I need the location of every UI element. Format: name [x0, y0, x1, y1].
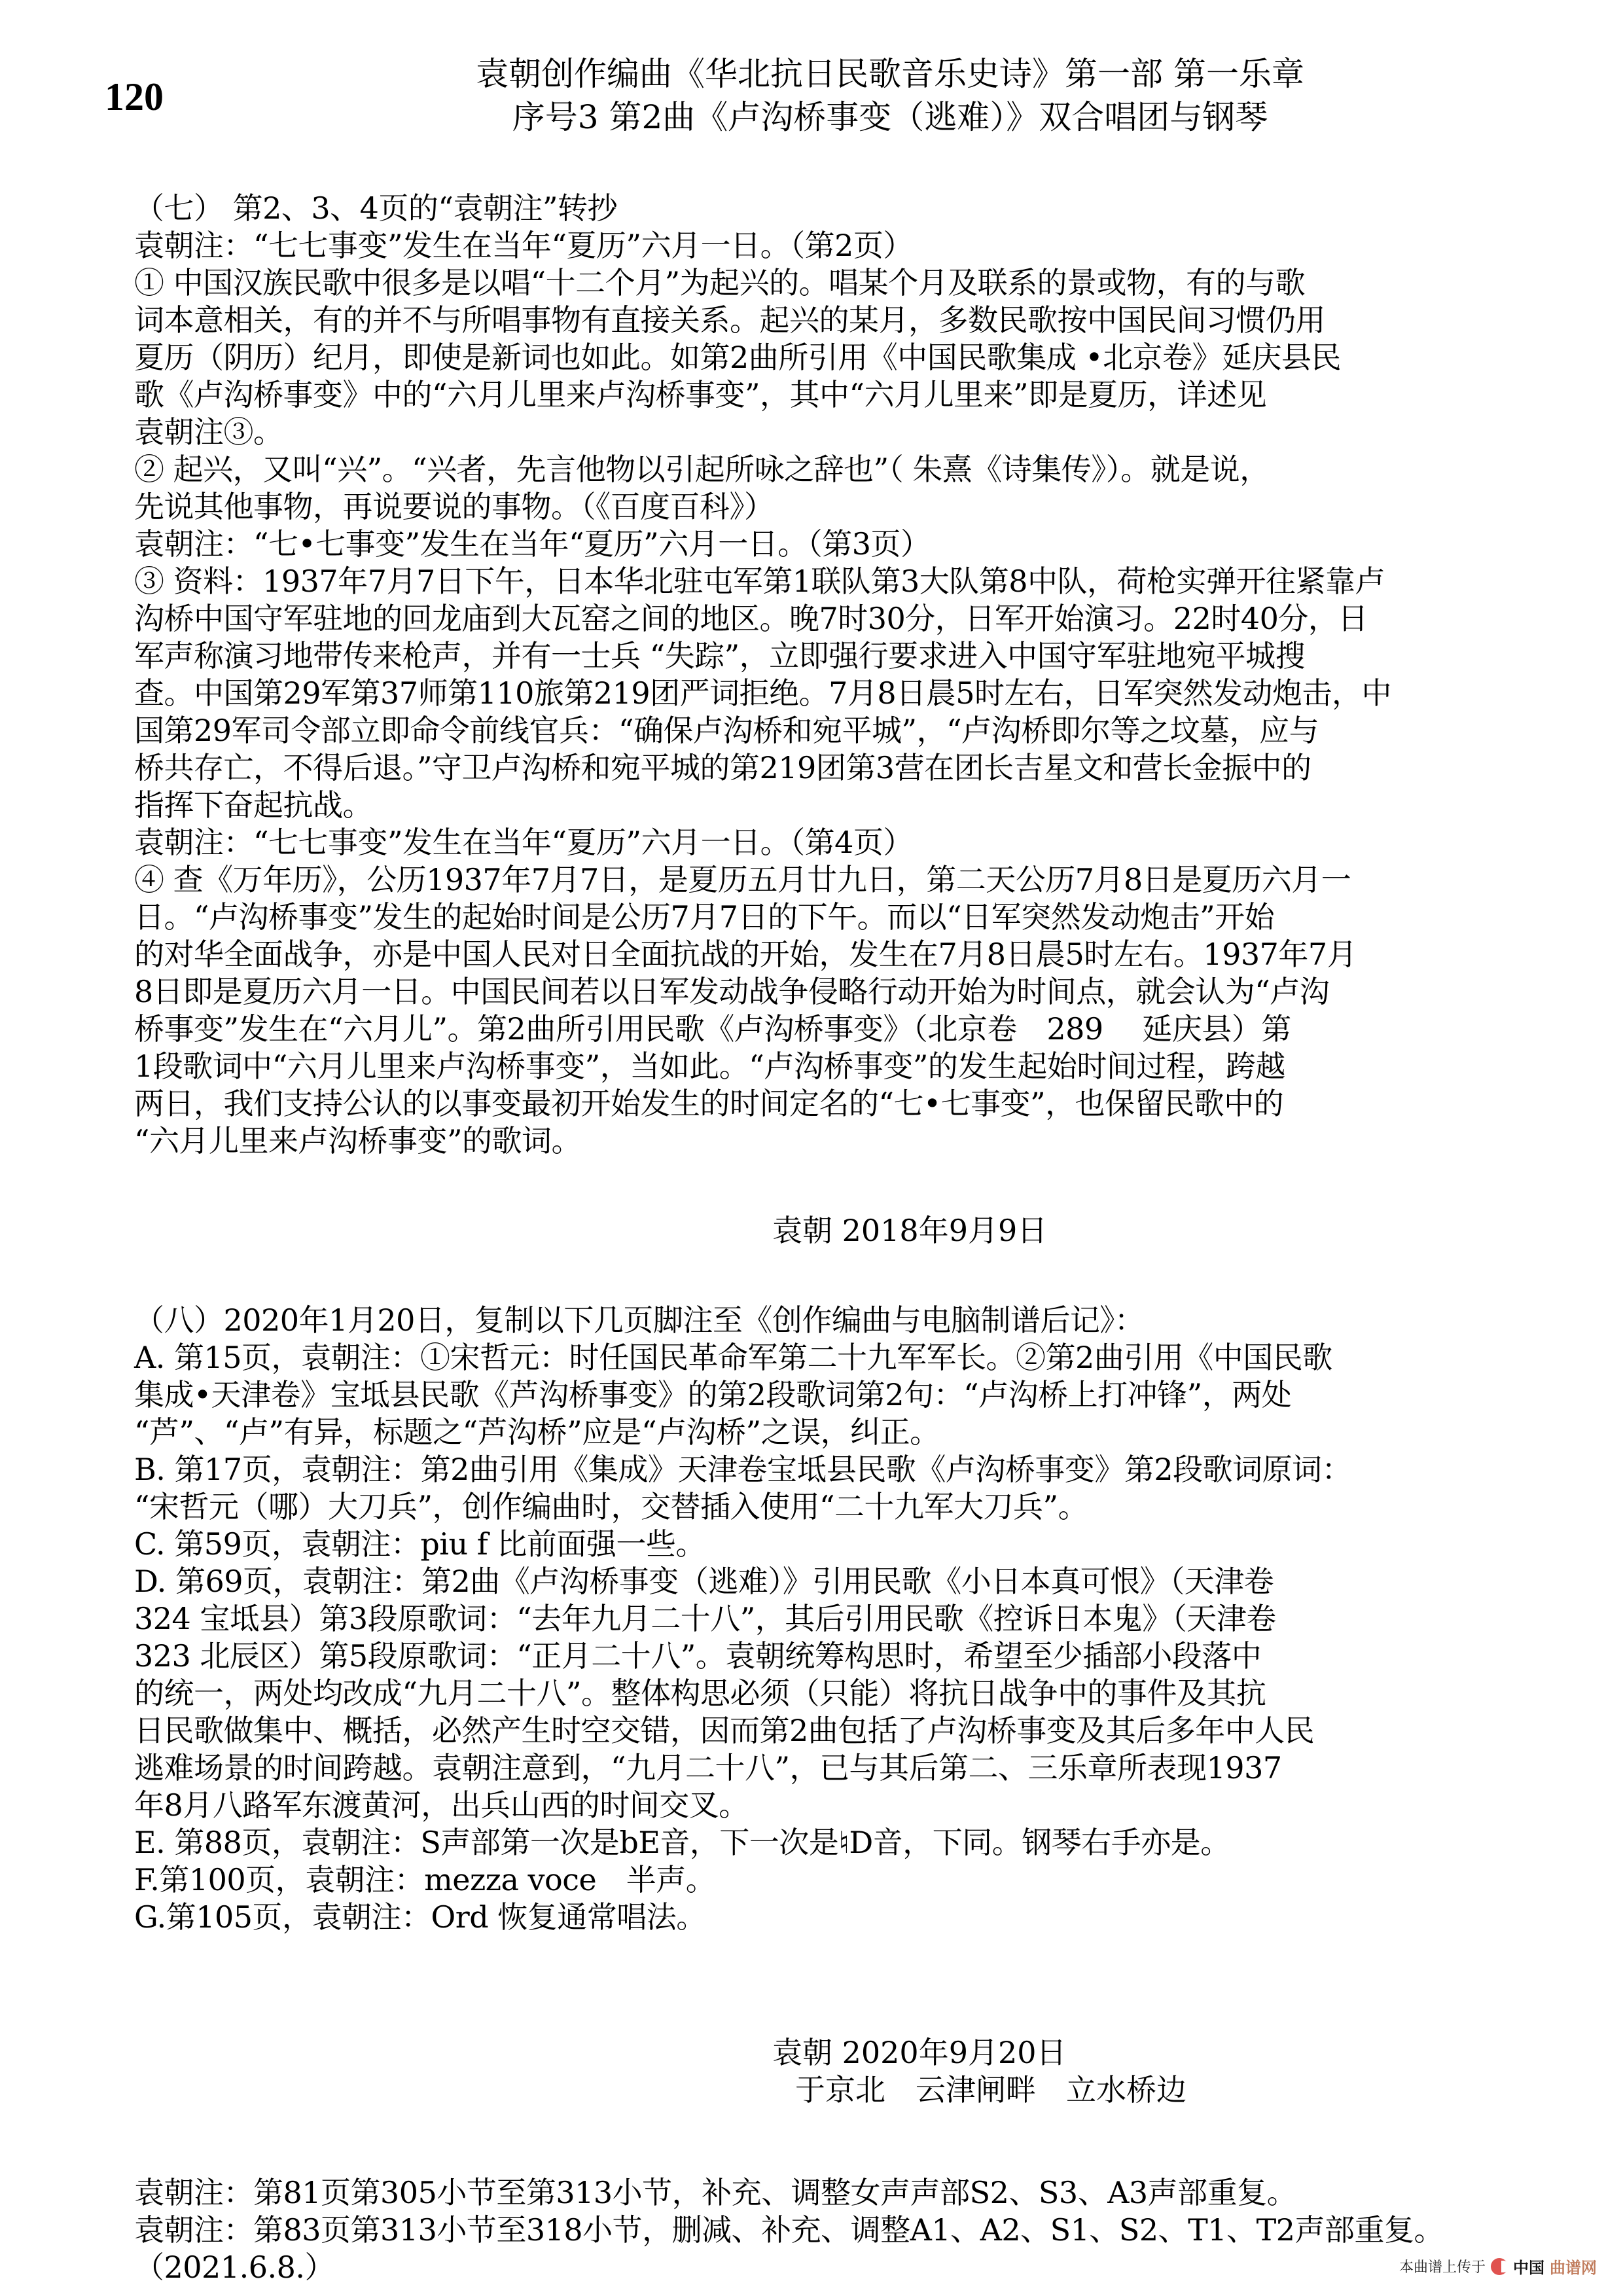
text-line: 324 宝坻县）第3段原歌词：“去年九月二十八”，其后引用民歌《控诉日本鬼》（天… — [134, 1600, 1495, 1638]
text-line: 日民歌做集中、概括，必然产生时空交错，因而第2曲包括了卢沟桥事变及其后多年中人民 — [134, 1712, 1495, 1749]
text-line: 国第29军司令部立即命令前线官兵：“确保卢沟桥和宛平城”，“卢沟桥即尔等之坟墓，… — [134, 712, 1495, 749]
header-title-line2: 序号3 第2曲《卢沟桥事变（逃难）》双合唱团与钢琴 — [366, 96, 1414, 139]
section-8-heading: （八）2020年1月20日，复制以下几页脚注至《创作编曲与电脑制谱后记》： — [134, 1302, 1495, 1339]
text-line: 军声称演习地带传来枪声，并有一士兵 “失踪”，立即强行要求进入中国守军驻地宛平城… — [134, 637, 1495, 675]
signature-2018: 袁朝 2018年9月9日 — [772, 1212, 1495, 1249]
text-line: “芦”、“卢”有异，标题之“芦沟桥”应是“卢沟桥”之误，纠正。 — [134, 1414, 1495, 1451]
text-line: 查。中国第29军第37师第110旅第219团严词拒绝。7月8日晨5时左右，日军突… — [134, 675, 1495, 712]
text-line: 袁朝注：“七七事变”发生在当年“夏历”六月一日。（第2页） — [134, 227, 1495, 264]
revision-date: （2021.6.8.） — [134, 2249, 1495, 2286]
note-item-g: G.第105页，袁朝注：Ord 恢复通常唱法。 — [134, 1899, 1495, 1936]
signature-location: 于京北 云津闸畔 立水桥边 — [795, 2072, 1495, 2109]
text-line: 先说其他事物，再说要说的事物。（《百度百科》） — [134, 488, 1495, 526]
document-body: （七） 第2、3、4页的“袁朝注”转抄 袁朝注：“七七事变”发生在当年“夏历”六… — [134, 190, 1495, 2286]
revision-notes: 袁朝注：第81页第305小节至第313小节，补充、调整女声声部S2、S3、A3声… — [134, 2174, 1495, 2286]
note-item-d: D. 第69页，袁朝注：第2曲《卢沟桥事变（逃难）》引用民歌《小日本真可恨》（天… — [134, 1563, 1495, 1600]
text-line: ④ 查《万年历》，公历1937年7月7日，是夏历五月廿九日，第二天公历7月8日是… — [134, 861, 1495, 899]
text-line: 日。“卢沟桥事变”发生的起始时间是公历7月7日的下午。而以“日军突然发动炮击”开… — [134, 899, 1495, 936]
note-item-e: E. 第88页，袁朝注：S声部第一次是bE音，下一次是♮D音，下同。钢琴右手亦是… — [134, 1824, 1495, 1861]
text-line: 年8月八路军东渡黄河，出兵山西的时间交叉。 — [134, 1787, 1495, 1824]
text-line: ① 中国汉族民歌中很多是以唱“十二个月”为起兴的。唱某个月及联系的景或物，有的与… — [134, 264, 1495, 302]
page-header: 袁朝创作编曲《华北抗日民歌音乐史诗》第一部 第一乐章 序号3 第2曲《卢沟桥事变… — [366, 52, 1414, 139]
note-item-b: B. 第17页，袁朝注：第2曲引用《集成》天津卷宝坻县民歌《卢沟桥事变》第2段歌… — [134, 1451, 1495, 1488]
text-line: 袁朝注：“七•七事变”发生在当年“夏历”六月一日。（第3页） — [134, 526, 1495, 563]
brand-name-text: 曲谱网 — [1550, 2255, 1597, 2278]
section-7: （七） 第2、3、4页的“袁朝注”转抄 袁朝注：“七七事变”发生在当年“夏历”六… — [134, 190, 1495, 1249]
footer-watermark[interactable]: 本曲谱上传于 中国 曲谱网 — [1399, 2255, 1597, 2278]
brand-china-text: 中国 — [1513, 2255, 1544, 2278]
text-line: 夏历（阴历）纪月，即使是新词也如此。如第2曲所引用《中国民歌集成 •北京卷》延庆… — [134, 339, 1495, 376]
upload-text: 本曲谱上传于 — [1399, 2256, 1486, 2276]
text-line: 1段歌词中“六月儿里来卢沟桥事变”，当如此。“卢沟桥事变”的发生起始时间过程，跨… — [134, 1048, 1495, 1085]
text-line: “宋哲元（哪）大刀兵”，创作编曲时，交替插入使用“二十九军大刀兵”。 — [134, 1488, 1495, 1526]
signature-2020: 袁朝 2020年9月20日 — [772, 2034, 1495, 2072]
text-line: 词本意相关，有的并不与所唱事物有直接关系。起兴的某月，多数民歌按中国民间习惯仍用 — [134, 302, 1495, 339]
page-number: 120 — [105, 77, 164, 117]
text-line: 8日即是夏历六月一日。中国民间若以日军发动战争侵略行动开始为时间点，就会认为“卢… — [134, 973, 1495, 1011]
note-item-f: F.第100页，袁朝注：mezza voce 半声。 — [134, 1861, 1495, 1899]
note-item-a: A. 第15页，袁朝注：①宋哲元：时任国民革命军第二十九军军长。②第2曲引用《中… — [134, 1339, 1495, 1376]
text-line: 两日，我们支持公认的以事变最初开始发生的时间定名的“七•七事变”，也保留民歌中的 — [134, 1085, 1495, 1122]
note-item-c: C. 第59页，袁朝注：piu f 比前面强一些。 — [134, 1526, 1495, 1563]
text-line: 沟桥中国守军驻地的回龙庙到大瓦窑之间的地区。晚7时30分，日军开始演习。22时4… — [134, 600, 1495, 637]
text-line: 323 北辰区）第5段原歌词：“正月二十八”。袁朝统筹构思时，希望至少插部小段落… — [134, 1638, 1495, 1675]
qupu-logo-icon — [1491, 2258, 1508, 2275]
section-7-heading: （七） 第2、3、4页的“袁朝注”转抄 — [134, 190, 1495, 227]
revision-note: 袁朝注：第83页第313小节至318小节，删减、补充、调整A1、A2、S1、S2… — [134, 2212, 1495, 2249]
header-title-line1: 袁朝创作编曲《华北抗日民歌音乐史诗》第一部 第一乐章 — [366, 52, 1414, 96]
text-line: 的统一，两处均改成“九月二十八”。整体构思必须（只能）将抗日战争中的事件及其抗 — [134, 1675, 1495, 1712]
text-line: 桥共存亡，不得后退。”守卫卢沟桥和宛平城的第219团第3营在团长吉星文和营长金振… — [134, 749, 1495, 787]
revision-note: 袁朝注：第81页第305小节至第313小节，补充、调整女声声部S2、S3、A3声… — [134, 2174, 1495, 2212]
text-line: 集成•天津卷》宝坻县民歌《芦沟桥事变》的第2段歌词第2句：“卢沟桥上打冲锋”，两… — [134, 1376, 1495, 1414]
text-line: 逃难场景的时间跨越。袁朝注意到，“九月二十八”，已与其后第二、三乐章所表现193… — [134, 1749, 1495, 1787]
text-line: 歌《卢沟桥事变》中的“六月儿里来卢沟桥事变”，其中“六月儿里来”即是夏历，详述见 — [134, 376, 1495, 414]
text-line: 袁朝注：“七七事变”发生在当年“夏历”六月一日。（第4页） — [134, 824, 1495, 861]
text-line: 袁朝注③。 — [134, 414, 1495, 451]
text-line: 桥事变”发生在“六月儿”。第2曲所引用民歌《卢沟桥事变》（北京卷 289 延庆县… — [134, 1011, 1495, 1048]
text-line: “六月儿里来卢沟桥事变”的歌词。 — [134, 1122, 1495, 1160]
text-line: 的对华全面战争，亦是中国人民对日全面抗战的开始，发生在7月8日晨5时左右。193… — [134, 936, 1495, 973]
text-line: 指挥下奋起抗战。 — [134, 787, 1495, 824]
text-line: ③ 资料：1937年7月7日下午，日本华北驻屯军第1联队第3大队第8中队，荷枪实… — [134, 563, 1495, 600]
section-8: （八）2020年1月20日，复制以下几页脚注至《创作编曲与电脑制谱后记》： A.… — [134, 1302, 1495, 2109]
text-line: ② 起兴，又叫“兴”。“兴者，先言他物以引起所咏之辞也”（ 朱熹《诗集传》）。就… — [134, 451, 1495, 488]
